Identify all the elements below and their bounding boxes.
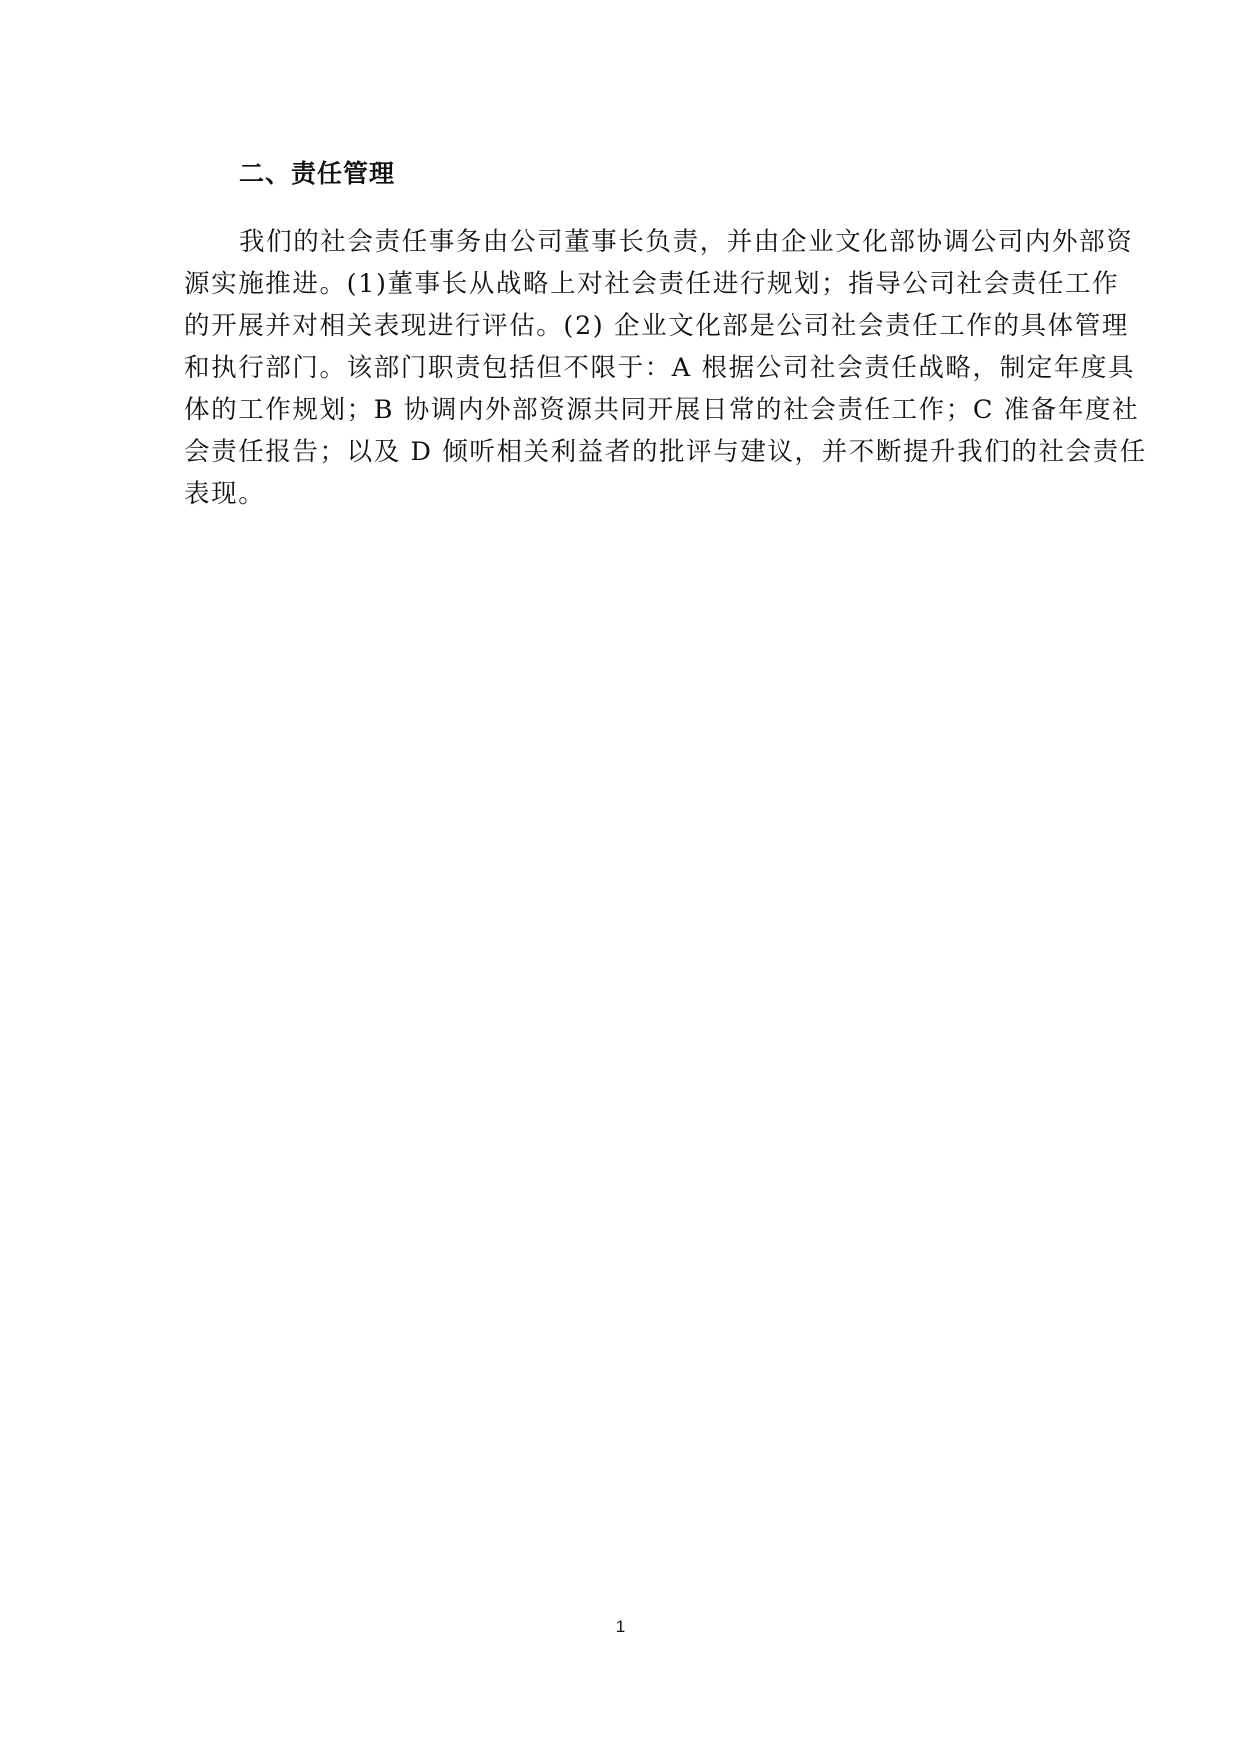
body-paragraph: 我们的社会责任事务由公司董事长负责，并由企业文化部协调公司内外部资 源实施推进。…: [184, 227, 1054, 521]
paragraph-line: 表现。: [184, 479, 1054, 521]
page-number: 1: [0, 1617, 1241, 1637]
paragraph-line: 体的工作规划；B 协调内外部资源共同开展日常的社会责任工作；C 准备年度社: [184, 395, 1054, 437]
document-page: 二、责任管理 我们的社会责任事务由公司董事长负责，并由企业文化部协调公司内外部资…: [0, 0, 1241, 1755]
paragraph-line: 会责任报告；以及 D 倾听相关利益者的批评与建议，并不断提升我们的社会责任: [184, 437, 1054, 479]
paragraph-line: 我们的社会责任事务由公司董事长负责，并由企业文化部协调公司内外部资: [184, 227, 1054, 269]
section-heading: 二、责任管理: [239, 158, 395, 190]
paragraph-line: 源实施推进。(1)董事长从战略上对社会责任进行规划；指导公司社会责任工作: [184, 269, 1054, 311]
paragraph-line: 的开展并对相关表现进行评估。(2) 企业文化部是公司社会责任工作的具体管理: [184, 311, 1054, 353]
paragraph-line: 和执行部门。该部门职责包括但不限于：A 根据公司社会责任战略，制定年度具: [184, 353, 1054, 395]
